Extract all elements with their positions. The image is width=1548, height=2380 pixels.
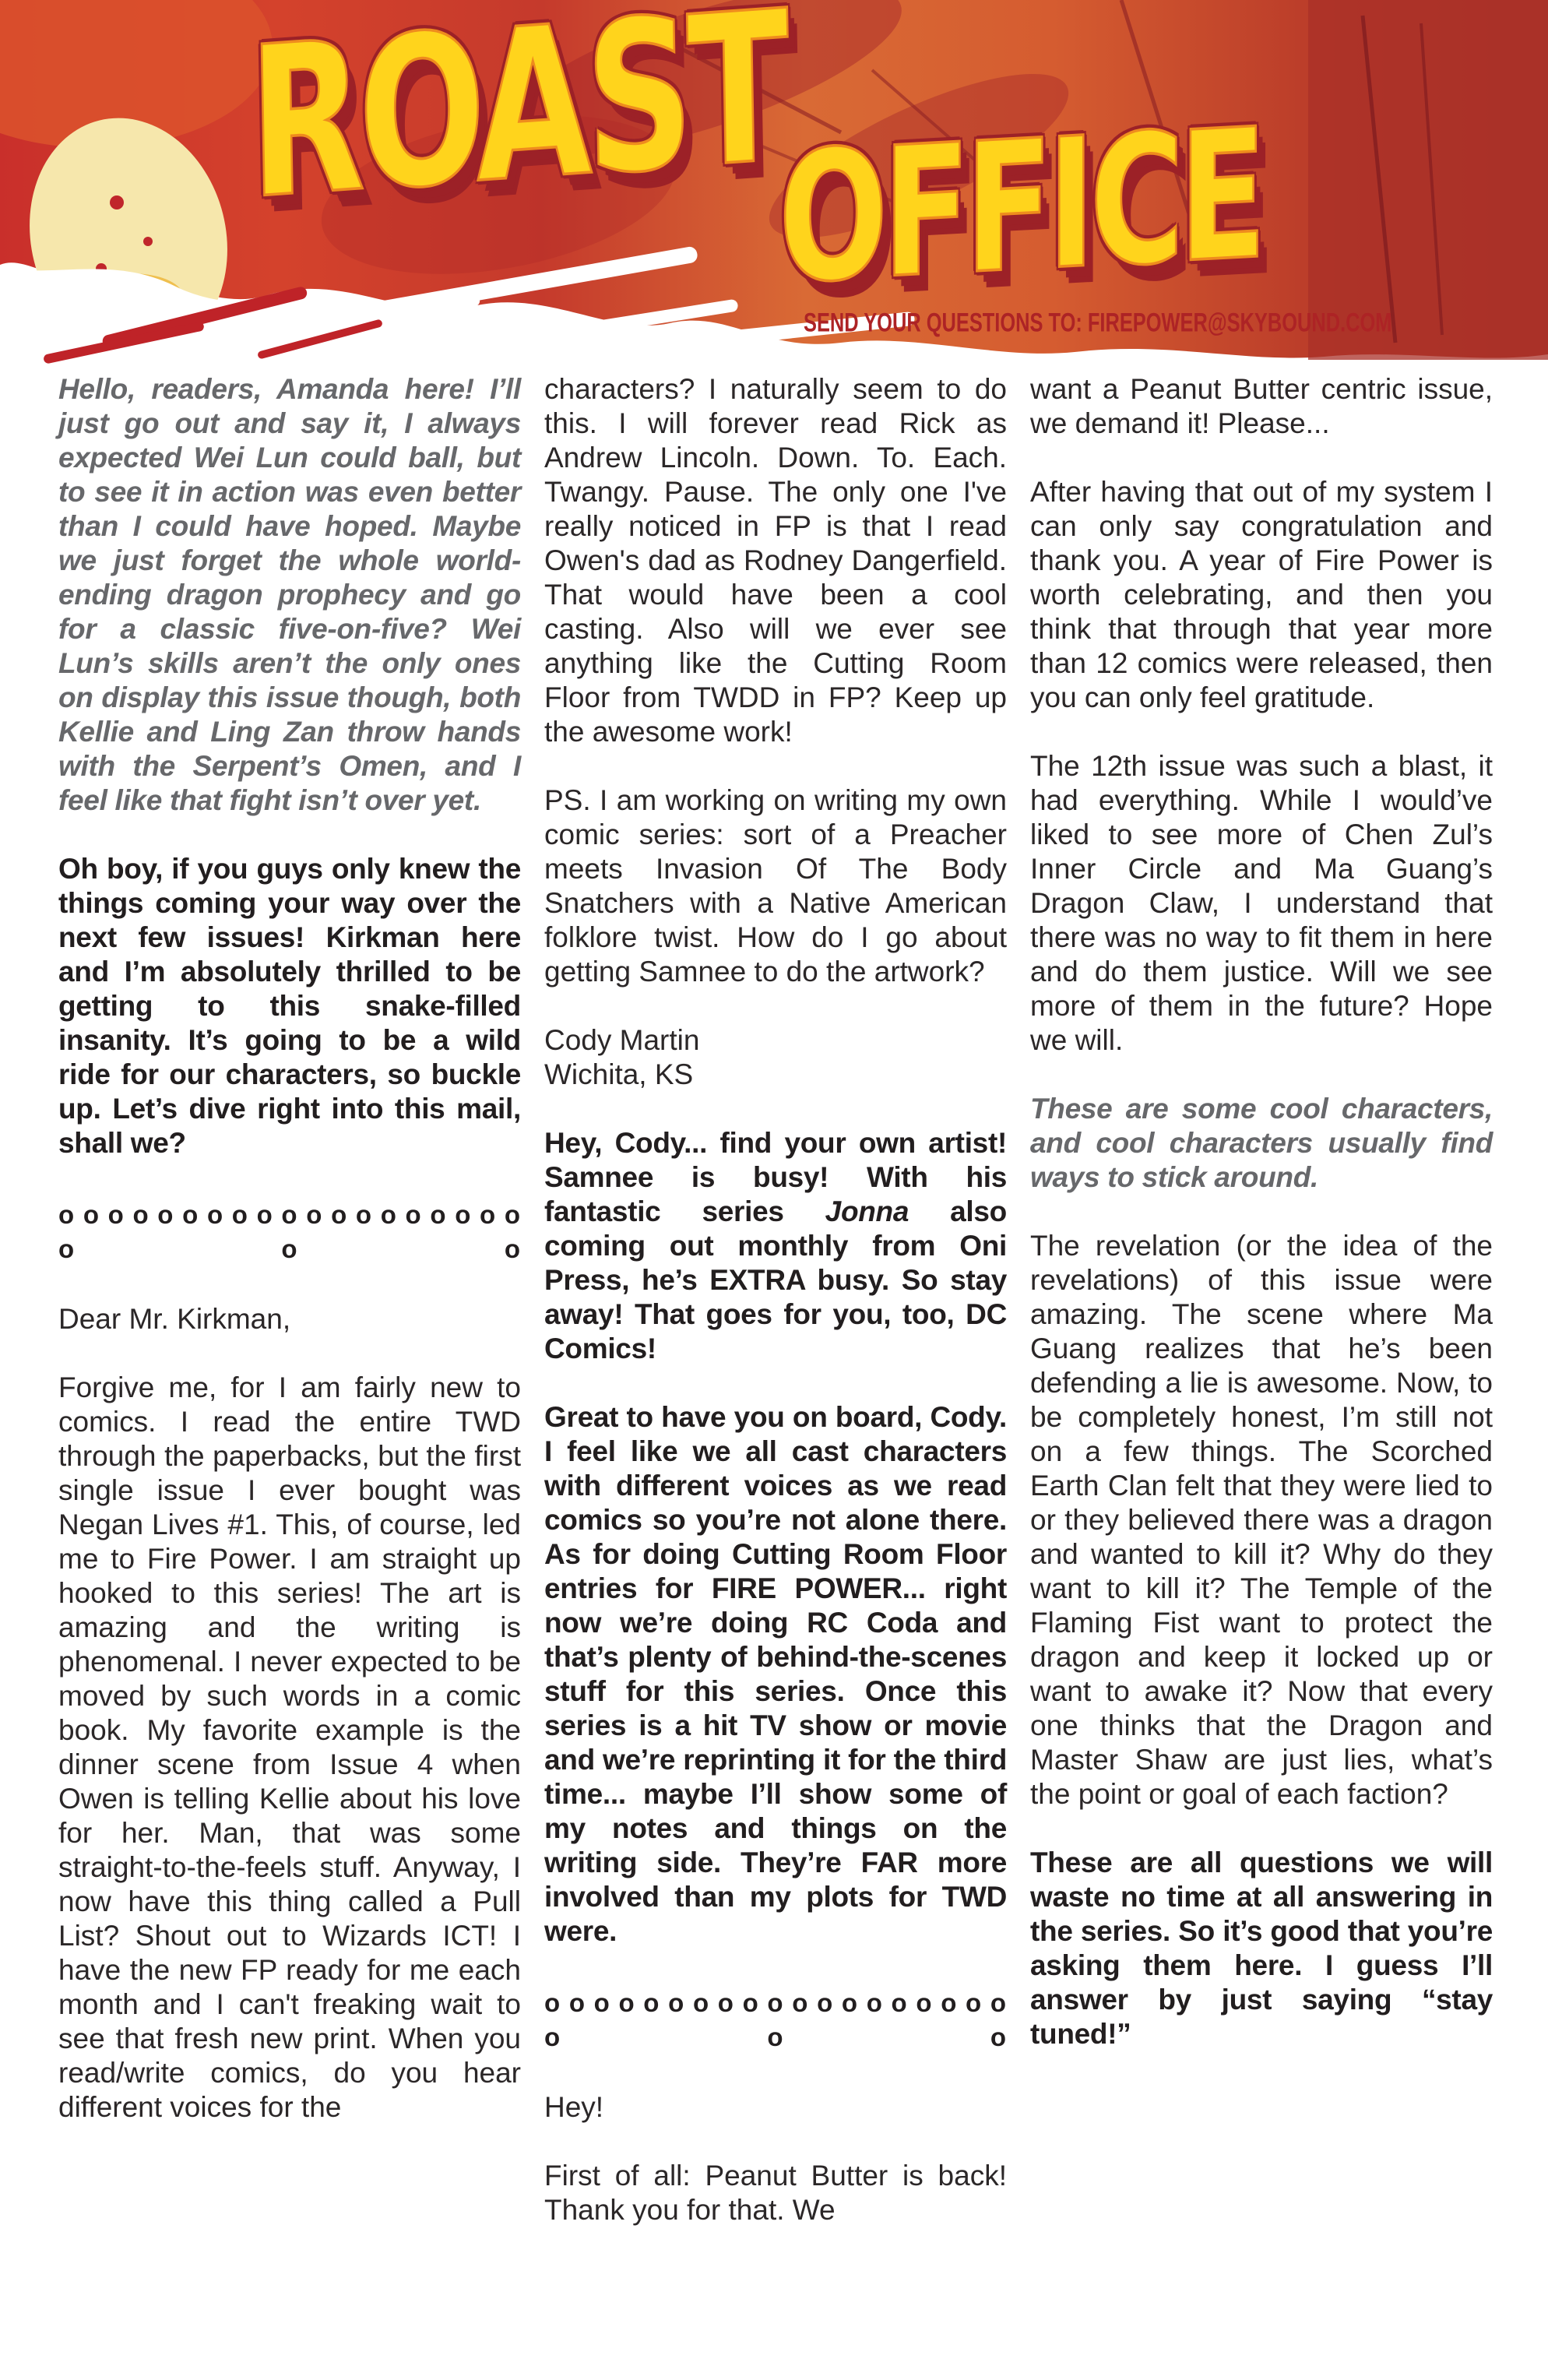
submission-email-line: SEND YOUR QUESTIONS TO: FIREPOWER@SKYBOU… bbox=[804, 307, 1327, 338]
letter-body: want a Peanut Butter centric issue, we d… bbox=[1030, 372, 1493, 441]
letters-columns: Hello, readers, Amanda here! I’ll just g… bbox=[58, 372, 1493, 2262]
response-cutting-room: Great to have you on board, Cody. I feel… bbox=[544, 1400, 1007, 1949]
column-1: Hello, readers, Amanda here! I’ll just g… bbox=[58, 372, 521, 2262]
response-to-cody: Hey, Cody... find your own artist! Samne… bbox=[544, 1126, 1007, 1366]
letters-page: ROAST OFFICE SEND YOUR QUESTIONS TO: FIR… bbox=[0, 0, 1548, 2380]
editor-note-kirkman: Oh boy, if you guys only knew the things… bbox=[58, 852, 521, 1160]
letter-body: characters? I naturally seem to do this.… bbox=[544, 372, 1007, 749]
column-2: characters? I naturally seem to do this.… bbox=[544, 372, 1007, 2262]
logo-word-roast: ROAST bbox=[248, 0, 786, 229]
response-cool-characters: These are some cool characters, and cool… bbox=[1030, 1092, 1493, 1195]
letter-salutation: Hey! bbox=[544, 2090, 1007, 2125]
letter-salutation: Dear Mr. Kirkman, bbox=[58, 1302, 521, 1336]
roast-office-header: ROAST OFFICE SEND YOUR QUESTIONS TO: FIR… bbox=[0, 0, 1548, 366]
letter-body: The 12th issue was such a blast, it had … bbox=[1030, 749, 1493, 1058]
letter-body: First of all: Peanut Butter is back! Tha… bbox=[544, 2159, 1007, 2227]
response-stay-tuned: These are all questions we will waste no… bbox=[1030, 1846, 1493, 2051]
letter-body: After having that out of my system I can… bbox=[1030, 475, 1493, 715]
circle-divider: o o o o o o o o o o o o o o o o o o o o … bbox=[544, 1986, 1007, 2054]
logo-word-office: OFFICE bbox=[779, 106, 1261, 310]
letter-signature: Cody MartinWichita, KS bbox=[544, 1023, 1007, 1092]
letter-postscript: PS. I am working on writing my own comic… bbox=[544, 783, 1007, 989]
column-3: want a Peanut Butter centric issue, we d… bbox=[1030, 372, 1493, 2262]
letter-body: Forgive me, for I am fairly new to comic… bbox=[58, 1371, 521, 2125]
editor-note-amanda: Hello, readers, Amanda here! I’ll just g… bbox=[58, 372, 521, 818]
letter-body: The revelation (or the idea of the revel… bbox=[1030, 1229, 1493, 1811]
circle-divider: o o o o o o o o o o o o o o o o o o o o … bbox=[58, 1198, 521, 1266]
